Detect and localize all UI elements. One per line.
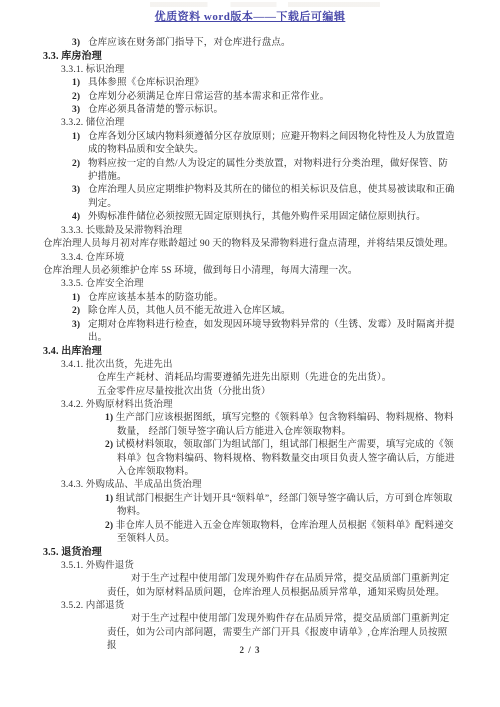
numbered-list-item: 2) 非仓库人员不能进入五金仓库领取物料，仓库治理人员根据《领料单》配料递交至领…	[43, 520, 455, 547]
subsection-heading: 3.4.3. 外购成品、半成品出货治理	[61, 479, 455, 492]
numbered-list-item: 1) 组试部门根据生产计划开具“领料单”，经部门领导签字确认后，方可到仓库领取物…	[43, 493, 455, 520]
list-number: 1)	[105, 494, 116, 504]
section-heading: 3.4. 出库治理	[43, 345, 455, 358]
list-item-text: 定期对仓库物料进行检查，如发现因环境导致物料异常的（生锈、发霉）及时隔离并提出。	[88, 319, 455, 346]
numbered-list-item: 3)仓库应该在财务部门指导下，对仓库进行盘点。	[72, 37, 455, 50]
list-number: 3)	[72, 184, 88, 197]
numbered-list-item: 1)仓库各划分区域内物料须遵循分区存放原则；应避开物料之间因物化特性及人为放置造…	[72, 131, 455, 158]
numbered-list-item: 3)定期对仓库物料进行检查，如发现因环境导致物料异常的（生锈、发霉）及时隔离并提…	[72, 319, 455, 346]
list-number: 4)	[72, 211, 88, 224]
list-number: 1)	[72, 77, 88, 90]
list-number: 1)	[72, 131, 88, 144]
section-heading: 3.3. 库房治理	[43, 50, 455, 63]
body-paragraph: 仓库治理人员每月初对库存账龄超过 90 天的物料及呆滞物料进行盘点清理，并将结果…	[43, 238, 455, 251]
list-number: 3)	[72, 37, 88, 50]
subsection-heading: 3.4.2. 外购原材料出货治理	[61, 399, 455, 412]
numbered-list-item: 2)仓库划分必须满足仓库日常运营的基本需求和正常作业。	[72, 91, 455, 104]
list-item-text: 仓库必须具备清楚的警示标识。	[88, 104, 455, 117]
numbered-list-item: 2)物料应按一定的自然/人为设定的属性分类放置，对物料进行分类治理，做好保管、防…	[72, 158, 455, 185]
page-number: 2 / 3	[0, 645, 500, 655]
document-page: 优质资料 word版本——下载后可编辑 3)仓库应该在财务部门指导下，对仓库进行…	[0, 0, 500, 707]
document-body: 3)仓库应该在财务部门指导下，对仓库进行盘点。3.3. 库房治理3.3.1. 标…	[0, 37, 500, 654]
numbered-list-item: 2)除仓库人员，其他人员不能无故进入仓库区域。	[72, 305, 455, 318]
list-item-text: 仓库各划分区域内物料须遵循分区存放原则；应避开物料之间因物化特性及人为放置造成的…	[88, 131, 455, 158]
indented-paragraph: 五金零件应尽量按批次出货（分批出货）	[97, 386, 455, 399]
numbered-list-item: 3)仓库必须具备清楚的警示标识。	[72, 104, 455, 117]
list-number: 2)	[105, 521, 116, 531]
numbered-list-item: 1) 生产部门应该根据图纸，填写完整的《领料单》包含物料编码、物料规格、物料数量…	[43, 412, 455, 439]
list-item-text: 除仓库人员，其他人员不能无故进入仓库区域。	[88, 305, 455, 318]
list-item-text: 物料应按一定的自然/人为设定的属性分类放置，对物料进行分类治理，做好保管、防护措…	[88, 158, 455, 185]
list-number: 1)	[72, 292, 88, 305]
indented-paragraph: 对于生产过程中使用部门发现外购件存在品质异常，提交品质部门重新判定责任，如为原材…	[43, 573, 455, 600]
numbered-list-item: 4)外购标准件储位必须按照无固定原则执行，其他外购件采用固定储位原则执行。	[72, 211, 455, 224]
list-item-text: 外购标准件储位必须按照无固定原则执行，其他外购件采用固定储位原则执行。	[88, 211, 455, 224]
subsection-heading: 3.3.2. 储位治理	[61, 117, 455, 130]
numbered-list-item: 2) 试模材料领取，领取部门为组试部门，组试部门根据生产需要，填写完成的《领料单…	[43, 439, 455, 479]
list-item-text: 仓库治理人员应定期维护物料及其所在的储位的相关标识及信息，使其易被读取和正确判定…	[88, 184, 455, 211]
list-item-text: 仓库划分必须满足仓库日常运营的基本需求和正常作业。	[88, 91, 455, 104]
subsection-heading: 3.3.1. 标识治理	[61, 64, 455, 77]
numbered-list-item: 3)仓库治理人员应定期维护物料及其所在的储位的相关标识及信息，使其易被读取和正确…	[72, 184, 455, 211]
subsection-heading: 3.3.4. 仓库环境	[61, 252, 455, 265]
list-number: 1)	[105, 413, 116, 423]
list-number: 3)	[72, 319, 88, 332]
numbered-list-item: 1)具体参照《仓库标识治理》	[72, 77, 455, 90]
subsection-heading: 3.4.1. 批次出货，先进先出	[61, 359, 455, 372]
subsection-heading: 3.5.1. 外购件退货	[61, 560, 455, 573]
watermark-note: 优质资料 word版本——下载后可编辑	[155, 8, 346, 24]
list-item-text: 仓库应该基本基本的防盗功能。	[88, 292, 455, 305]
list-number: 2)	[72, 91, 88, 104]
numbered-list-item: 1)仓库应该基本基本的防盗功能。	[72, 292, 455, 305]
body-paragraph: 仓库治理人员必须维护仓库 5S 环境，做到每日小清理，每周大清理一次。	[43, 265, 455, 278]
list-item-text: 具体参照《仓库标识治理》	[88, 77, 455, 90]
subsection-heading: 3.3.5. 仓库安全治理	[61, 278, 455, 291]
list-number: 2)	[72, 305, 88, 318]
scan-artifact	[150, 2, 380, 7]
indented-paragraph: 仓库生产耗材、消耗品均需要遵循先进先出原则（先进仓的先出货）。	[97, 372, 455, 385]
list-item-text: 仓库应该在财务部门指导下，对仓库进行盘点。	[88, 37, 455, 50]
section-heading: 3.5. 退货治理	[43, 546, 455, 559]
list-number: 2)	[105, 440, 116, 450]
subsection-heading: 3.3.3. 长账龄及呆滞物料治理	[61, 225, 455, 238]
list-number: 2)	[72, 158, 88, 171]
subsection-heading: 3.5.2. 内部退货	[61, 600, 455, 613]
list-number: 3)	[72, 104, 88, 117]
